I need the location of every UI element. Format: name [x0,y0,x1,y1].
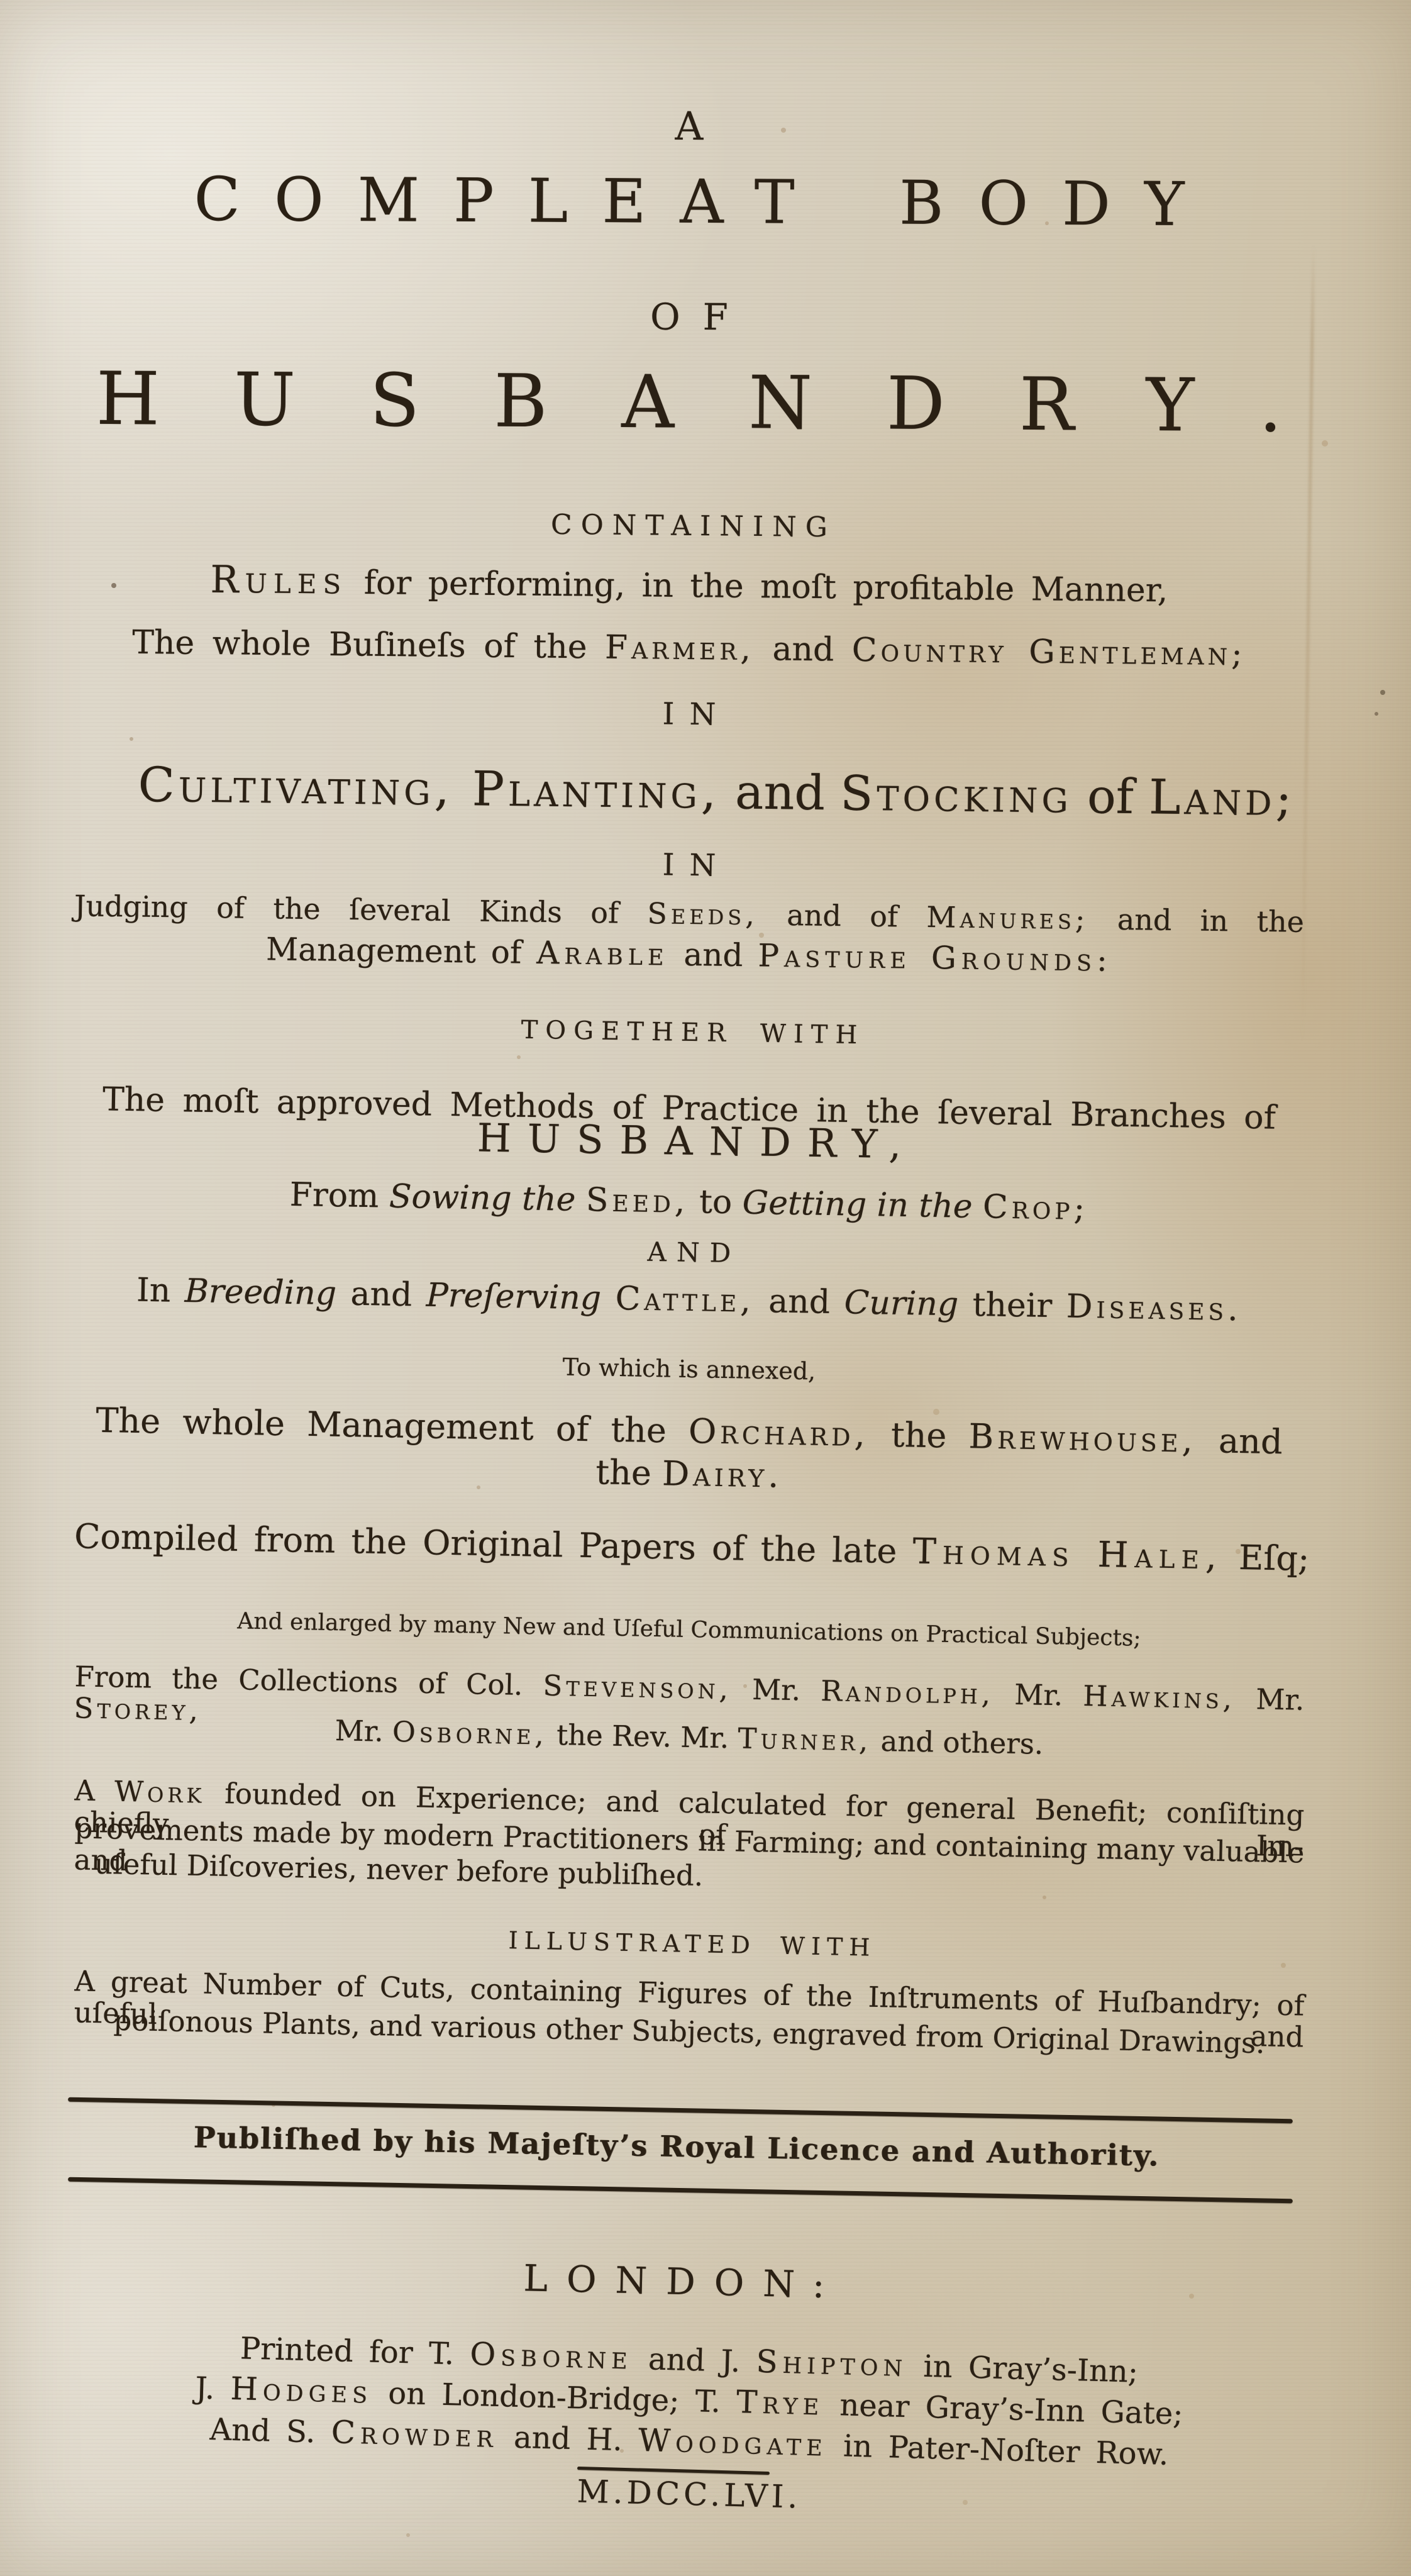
text-segment: of [1071,768,1149,824]
text-segment: Turner, [738,1721,872,1757]
farmer-line: The whole Buſineſs of the Farmer, and Co… [74,624,1305,674]
annexed-heading: To which is annexed, [74,1345,1304,1394]
text-segment: The whole Buſineſs of the [132,624,605,667]
together-with-heading: TOGETHER WITH [74,1009,1312,1057]
text-segment: Osborne, [392,1715,548,1752]
text-segment: and [755,630,852,669]
and-heading: AND [74,1227,1315,1278]
text-segment: and in the [1088,902,1304,938]
breeding-line: In Breeding and Preſerving Cattle, and C… [74,1271,1305,1329]
text-segment: Cultivating, Planting, [138,757,721,819]
text-segment: Management of [266,931,537,971]
text-segment: and [720,763,841,821]
text-segment: Orchard, [689,1411,870,1454]
london-heading: LONDON: [59,2247,1309,2316]
text-segment: their [958,1285,1067,1325]
text-segment: Preſerving [426,1277,616,1318]
text-segment: and [668,936,758,974]
text-segment: Mr. [335,1714,392,1748]
text-segment: Mr. [1236,1682,1305,1717]
cultivating-line: Cultivating, Planting, and Stocking of L… [102,757,1332,826]
text-segment: Hawkins, [1083,1679,1236,1716]
title-of: OF [74,294,1327,341]
title-husbandry: HUSBANDRY. [74,358,1379,448]
text-segment: in Gray’s-Inn; [907,2348,1139,2390]
text-segment: and H. [497,2419,639,2458]
text-segment: Osborne [470,2336,633,2377]
illustrated-with-heading: ILLUSTRATED WITH [74,1918,1310,1970]
text-segment: Land; [1149,769,1296,826]
rules-line: Rules for performing, in the moſt profit… [74,558,1305,612]
text-segment: And S. [209,2412,332,2450]
text-segment: Pasture Grounds: [758,937,1112,978]
text-segment: J. [195,2370,231,2406]
text-segment: Brewhouse, [968,1416,1197,1460]
text-segment: Crop; [983,1188,1089,1228]
text-segment: Breeding [184,1272,336,1313]
text-segment: and [336,1275,427,1314]
text-segment: Trye [736,2384,824,2423]
text-segment: Diseases. [1066,1287,1242,1328]
text-segment: Dairy. [662,1453,783,1495]
management-line: Management of Arable and Pasture Grounds… [74,929,1305,980]
text-segment: Eſq; [1222,1538,1309,1579]
scanned-title-page: A COMPLEAT BODY OF HUSBANDRY. CONTAINING… [0,0,1411,2576]
text-segment: Crowder [331,2414,499,2455]
text-segment: and others. [871,1724,1044,1761]
text-segment: A [74,1774,114,1807]
text-segment: Hodges [230,2370,373,2411]
double-rule-bottom [68,2177,1293,2204]
text-segment: Cattle, [615,1280,755,1320]
text-segment: Arable [536,935,669,973]
in-heading-1: IN [74,692,1319,738]
text-segment: Stocking [840,765,1073,823]
text-segment: Thomas Hale, [912,1531,1224,1578]
text-segment: and of [758,897,927,933]
text-segment: Rules [210,558,347,603]
text-segment: on London-Bridge; T. [372,2375,736,2420]
text-segment: Stevenson, [543,1669,732,1706]
text-segment: Woodgate [638,2422,827,2463]
text-segment: the [868,1414,969,1456]
text-segment: Randolph, [821,1674,995,1711]
title-main: COMPLEAT BODY [74,165,1339,240]
text-segment: Printed for T. [240,2331,470,2372]
text-segment: The whole Management of the [96,1401,689,1451]
text-segment: and [754,1282,844,1321]
text-segment: in Pater-Noſter Row. [827,2428,1169,2472]
text-segment: Compiled from the Original Papers of the… [74,1516,914,1571]
containing-heading: CONTAINING [74,505,1313,548]
text-segment: Country Gentleman; [852,631,1246,674]
text-segment: to [689,1183,743,1221]
text-segment: Farmer, [605,629,755,668]
double-rule-top [68,2097,1293,2124]
text-segment: Curing [844,1284,959,1323]
text-segment: Mr. [994,1677,1083,1713]
text-segment: Judging of the ſeveral Kinds of [74,889,648,930]
in-heading-2: IN [74,841,1320,891]
text-segment: for performing, in the moſt profitable M… [347,564,1168,610]
enlarged-line: And enlarged by many New and Uſeful Comm… [74,1606,1304,1655]
text-segment: Manures; [926,900,1089,936]
text-segment: Work [114,1775,206,1810]
text-segment: Shipton [756,2343,908,2384]
half-title-article: A [74,101,1304,152]
compiled-line: Compiled from the Original Papers of the… [74,1517,1305,1579]
text-segment: the [595,1452,663,1493]
foxing-spots [0,0,4,4]
text-segment: Seeds, [647,896,758,931]
text-segment: In [136,1272,185,1310]
royal-licence-line: Publiſhed by his Majeſty’s Royal Licence… [62,2119,1292,2175]
text-segment: and [1196,1421,1283,1462]
text-segment: Seed, [585,1181,689,1221]
text-segment: Getting in the [742,1184,983,1226]
text-segment: near Gray’s-Inn Gate; [824,2387,1184,2432]
text-segment: Mr. [731,1672,821,1707]
text-segment: From [289,1176,389,1216]
text-segment: Sowing the [389,1178,586,1219]
text-segment: and J. [632,2341,756,2380]
sowing-line: From Sowing the Seed, to Getting in the … [74,1173,1305,1231]
text-segment: the Rev. Mr. [547,1718,738,1755]
